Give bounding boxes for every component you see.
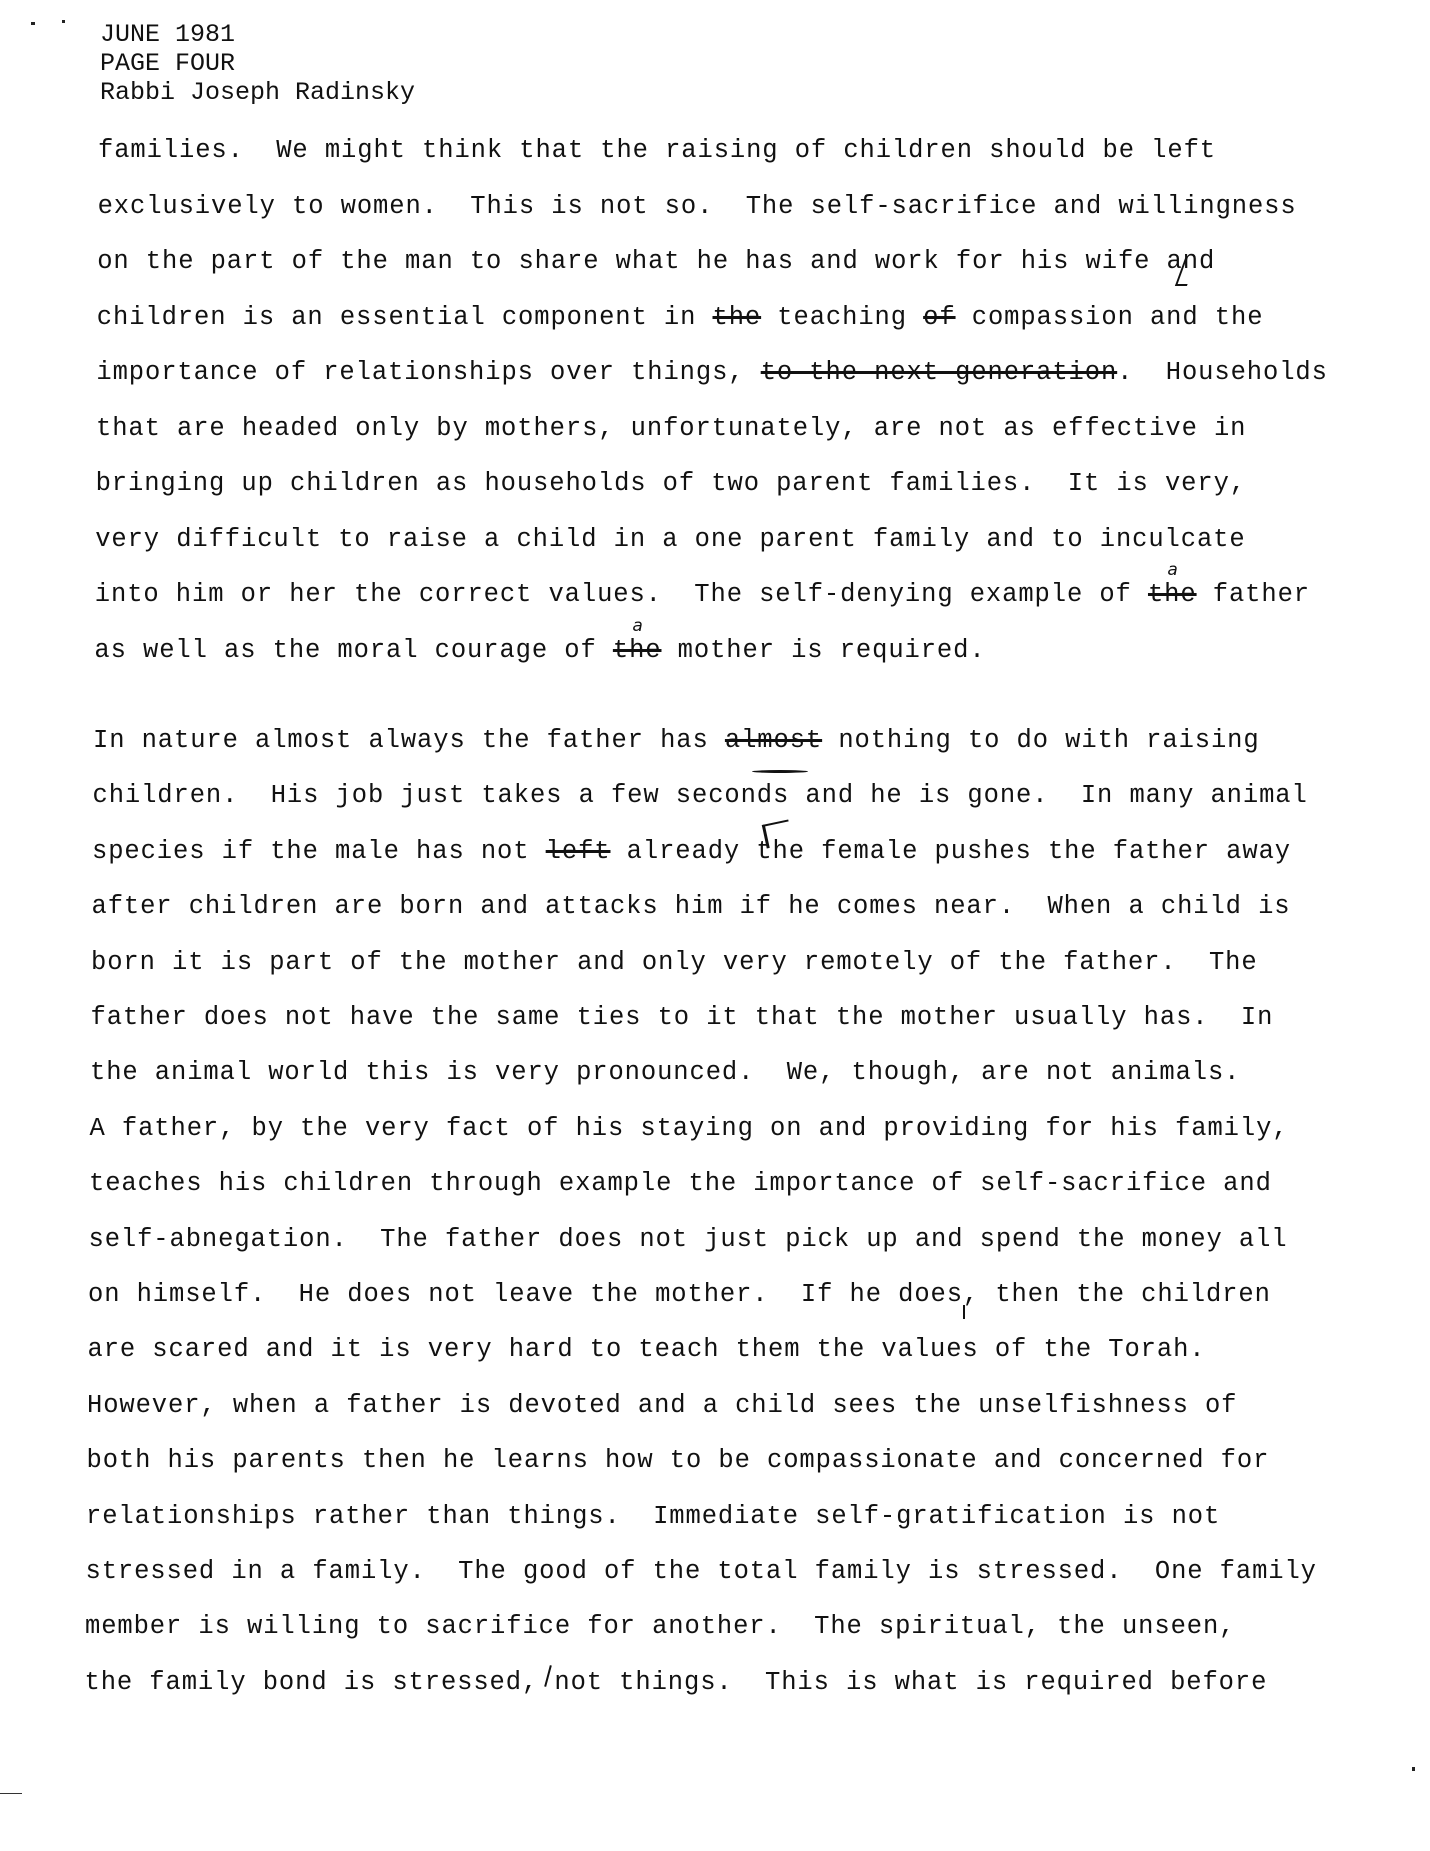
text-line: relationships rather than things. Immedi… — [86, 1502, 1220, 1531]
struck-word: thea — [1148, 580, 1197, 609]
text-line: children is an essential component in th… — [97, 303, 1264, 332]
text-line: after children are born and attacks him … — [92, 892, 1291, 921]
text-line: both his parents then he learns how to b… — [87, 1446, 1270, 1475]
text-line: on himself. He does not leave the mother… — [88, 1280, 1271, 1309]
comma-insert-mark-2 — [963, 1305, 965, 1319]
header-author: Rabbi Joseph Radinsky — [100, 78, 415, 107]
scan-speck — [31, 22, 35, 25]
handwritten-insert: a — [632, 616, 643, 636]
struck-word: of — [923, 303, 955, 332]
text-line: exclusively to women. This is not so. Th… — [98, 192, 1297, 221]
text-line: In nature almost always the father has a… — [93, 726, 1260, 755]
text-line: into him or her the correct values. The … — [95, 580, 1310, 609]
text-line: bringing up children as households of tw… — [96, 469, 1246, 498]
text-line: the animal world this is very pronounced… — [90, 1058, 1240, 1087]
header-date: JUNE 1981 — [100, 20, 415, 49]
struck-word: left — [546, 837, 611, 866]
text-line: father does not have the same ties to it… — [91, 1003, 1274, 1032]
struck-word: almost — [725, 726, 822, 755]
underline-mark — [752, 770, 808, 773]
text-line: as well as the moral courage of thea mot… — [94, 636, 985, 665]
text-line: that are headed only by mothers, unfortu… — [96, 414, 1246, 443]
text-line: the family bond is stressed, not things.… — [85, 1668, 1268, 1697]
margin-line — [0, 1793, 22, 1794]
text-line: member is willing to sacrifice for anoth… — [85, 1612, 1235, 1641]
text-line: children. His job just takes a few secon… — [93, 781, 1308, 810]
text-line: species if the male has not left already… — [92, 837, 1291, 866]
handwritten-insert: a — [1167, 560, 1178, 580]
text-line: very difficult to raise a child in a one… — [95, 525, 1245, 554]
text-line: However, when a father is devoted and a … — [87, 1391, 1237, 1420]
header-page-number: PAGE FOUR — [100, 49, 415, 78]
text-line: stressed in a family. The good of the to… — [86, 1557, 1317, 1586]
scan-speck — [62, 20, 65, 23]
struck-word: thea — [613, 636, 662, 665]
struck-word: the — [713, 303, 762, 332]
text-line: on the part of the man to share what he … — [97, 247, 1215, 276]
scan-speck — [1412, 1767, 1415, 1771]
text-line: teaches his children through example the… — [89, 1169, 1272, 1198]
text-line: self-abnegation. The father does not jus… — [89, 1225, 1288, 1254]
text-line: A father, by the very fact of his stayin… — [90, 1114, 1289, 1143]
struck-word: to the next generation — [761, 358, 1117, 387]
text-line: importance of relationships over things,… — [96, 358, 1327, 387]
document-page: JUNE 1981PAGE FOURRabbi Joseph Radinsky … — [0, 0, 1430, 1851]
text-line: are scared and it is very hard to teach … — [88, 1335, 1206, 1364]
text-line: families. We might think that the raisin… — [98, 136, 1216, 165]
page-header: JUNE 1981PAGE FOURRabbi Joseph Radinsky — [100, 20, 415, 107]
text-line: born it is part of the mother and only v… — [91, 948, 1258, 977]
